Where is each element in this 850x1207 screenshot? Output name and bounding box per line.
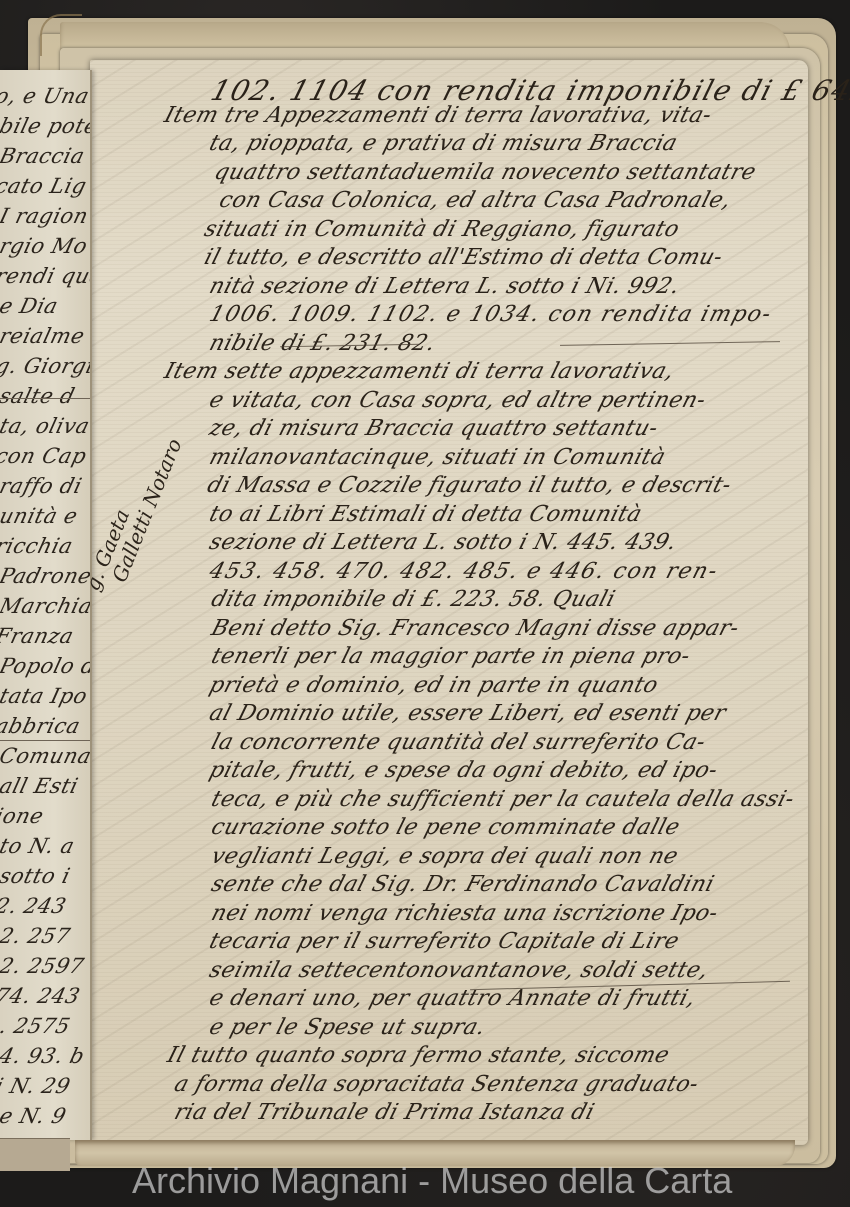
manuscript-line: Il tutto quanto sopra fermo stante, sicc… (164, 1043, 672, 1068)
left-page-line: bile poteg (0, 114, 92, 138)
manuscript-line: e per le Spese ut supra. (206, 1015, 488, 1040)
manuscript-line: e denari uno, per quattro Annate di frut… (206, 986, 698, 1011)
manuscript-line: ze, di misura Braccia quattro settantu- (206, 416, 661, 441)
manuscript-line: il tutto, e descritto all'Estimo di dett… (201, 245, 725, 270)
manuscript-line: la concorrente quantità del surreferito … (208, 730, 708, 755)
left-page-line: ione (0, 804, 46, 828)
left-page-rule (0, 740, 90, 741)
left-page-line: all Esti (0, 774, 81, 798)
left-facing-page: o, e Unabile potegBracciacato LigI ragio… (0, 70, 92, 1140)
manuscript-line: prietà e dominio, ed in parte in quanto (206, 673, 661, 698)
archive-watermark: Archivio Magnani - Museo della Carta (132, 1160, 732, 1202)
left-page-line: sotto i (0, 864, 73, 888)
left-page-line: to N. a (0, 834, 77, 858)
manuscript-line: Item tre Appezzamenti di terra lavorativ… (161, 103, 714, 128)
manuscript-line: veglianti Leggi, e sopra dei quali non n… (208, 844, 681, 869)
manuscript-line: sezione di Lettera L. sotto i N. 445. 43… (206, 530, 679, 555)
manuscript-line: a forma della sopracitata Sentenza gradu… (171, 1072, 701, 1097)
left-page-line: cato Lig (0, 174, 89, 198)
manuscript-line: tenerli per la maggior parte in piena pr… (208, 644, 693, 669)
manuscript-line: pitale, frutti, e spese da ogni debito, … (206, 758, 720, 783)
left-page-line: 74. 243 (0, 984, 83, 1008)
left-page-line: I ragion (0, 204, 91, 228)
left-page-line: abbrica (0, 714, 83, 738)
left-page-line: salte d (0, 384, 77, 408)
manuscript-line: al Dominio utile, essere Liberi, ed esen… (206, 701, 729, 726)
manuscript-line: Beni detto Sig. Francesco Magni disse ap… (208, 616, 742, 641)
left-page-line: e N. 9 (0, 1104, 69, 1128)
left-page-line: g. Giorgi (0, 354, 92, 378)
manuscript-page: 102. 1104 con rendita imponibile di £ 64… (90, 60, 808, 1145)
left-page-line: Marchia (0, 594, 92, 618)
left-page-line: unità e (0, 504, 80, 528)
manuscript-line: ria del Tribunale di Prima Istanza di (171, 1100, 597, 1125)
manuscript-line: sente che dal Sig. Dr. Ferdinando Cavald… (208, 872, 717, 897)
left-page-line: Comuna (0, 744, 92, 768)
left-page-line: tata Ipo (0, 684, 90, 708)
left-page-line: Padrone (0, 564, 92, 588)
left-page-bottom-edge (0, 1138, 70, 1171)
left-page-line: con Cap (0, 444, 89, 468)
manuscript-line: 453. 458. 470. 482. 485. e 446. con ren- (206, 559, 721, 584)
left-page-line: 2. 257 (0, 924, 73, 948)
manuscript-line: con Casa Colonica, ed altra Casa Padrona… (216, 188, 734, 213)
left-page-line: e Dia (0, 294, 61, 318)
left-page-line: raffo di (0, 474, 85, 498)
manuscript-line: nibile di £. 231. 82. (206, 331, 438, 356)
manuscript-line: e vitata, con Casa sopra, ed altre perti… (206, 388, 708, 413)
left-page-line: ricchia (0, 534, 76, 558)
left-page-line: o, e Una (0, 84, 92, 108)
manuscript-line: tecaria per il surreferito Capitale di L… (206, 929, 682, 954)
manuscript-line: 1006. 1009. 1102. e 1034. con rendita im… (206, 302, 775, 327)
left-page-line: reialme (0, 324, 87, 348)
manuscript-line: ta, pioppata, e prativa di misura Bracci… (206, 131, 680, 156)
manuscript-line: teca, e più che sufficienti per la caute… (208, 787, 797, 812)
left-page-line: rgio Mo (0, 234, 90, 258)
left-page-line: 2. 2597 (0, 954, 87, 978)
left-page-line: 2. 243 (0, 894, 69, 918)
left-page-rule (0, 398, 90, 399)
manuscript-line: quattro settantaduemila novecento settan… (211, 160, 759, 185)
manuscript-line: situati in Comunità di Reggiano, figurat… (201, 217, 682, 242)
manuscript-line: di Massa e Cozzile figurato il tutto, e … (204, 473, 734, 498)
left-page-line: i N. 29 (0, 1074, 73, 1098)
manuscript-line: milanovantacinque, situati in Comunità (206, 445, 668, 470)
manuscript-line: to ai Libri Estimali di detta Comunità (206, 502, 644, 527)
left-page-line: Popolo di (0, 654, 92, 678)
manuscript-line: nità sezione di Lettera L. sotto i Ni. 9… (206, 274, 682, 299)
left-page-line: . 2575 (0, 1014, 73, 1038)
left-page-line: Franza (0, 624, 76, 648)
manuscript-line: dita imponibile di £. 223. 58. Quali (208, 587, 618, 612)
line-fill-rule (560, 341, 780, 346)
left-page-line: Braccia (0, 144, 87, 168)
manuscript-line: seimila settecentonovantanove, soldi set… (206, 958, 711, 983)
left-page-line: 4. 93. b (0, 1044, 87, 1068)
manuscript-line: curazione sotto le pene comminate dalle (208, 815, 682, 840)
left-page-line: rendi que (0, 264, 92, 288)
manuscript-line: nei nomi venga richiesta una iscrizione … (208, 901, 721, 926)
manuscript-line: Item sette appezzamenti di terra lavorat… (161, 359, 677, 384)
left-page-line: ta, oliva (0, 414, 92, 438)
